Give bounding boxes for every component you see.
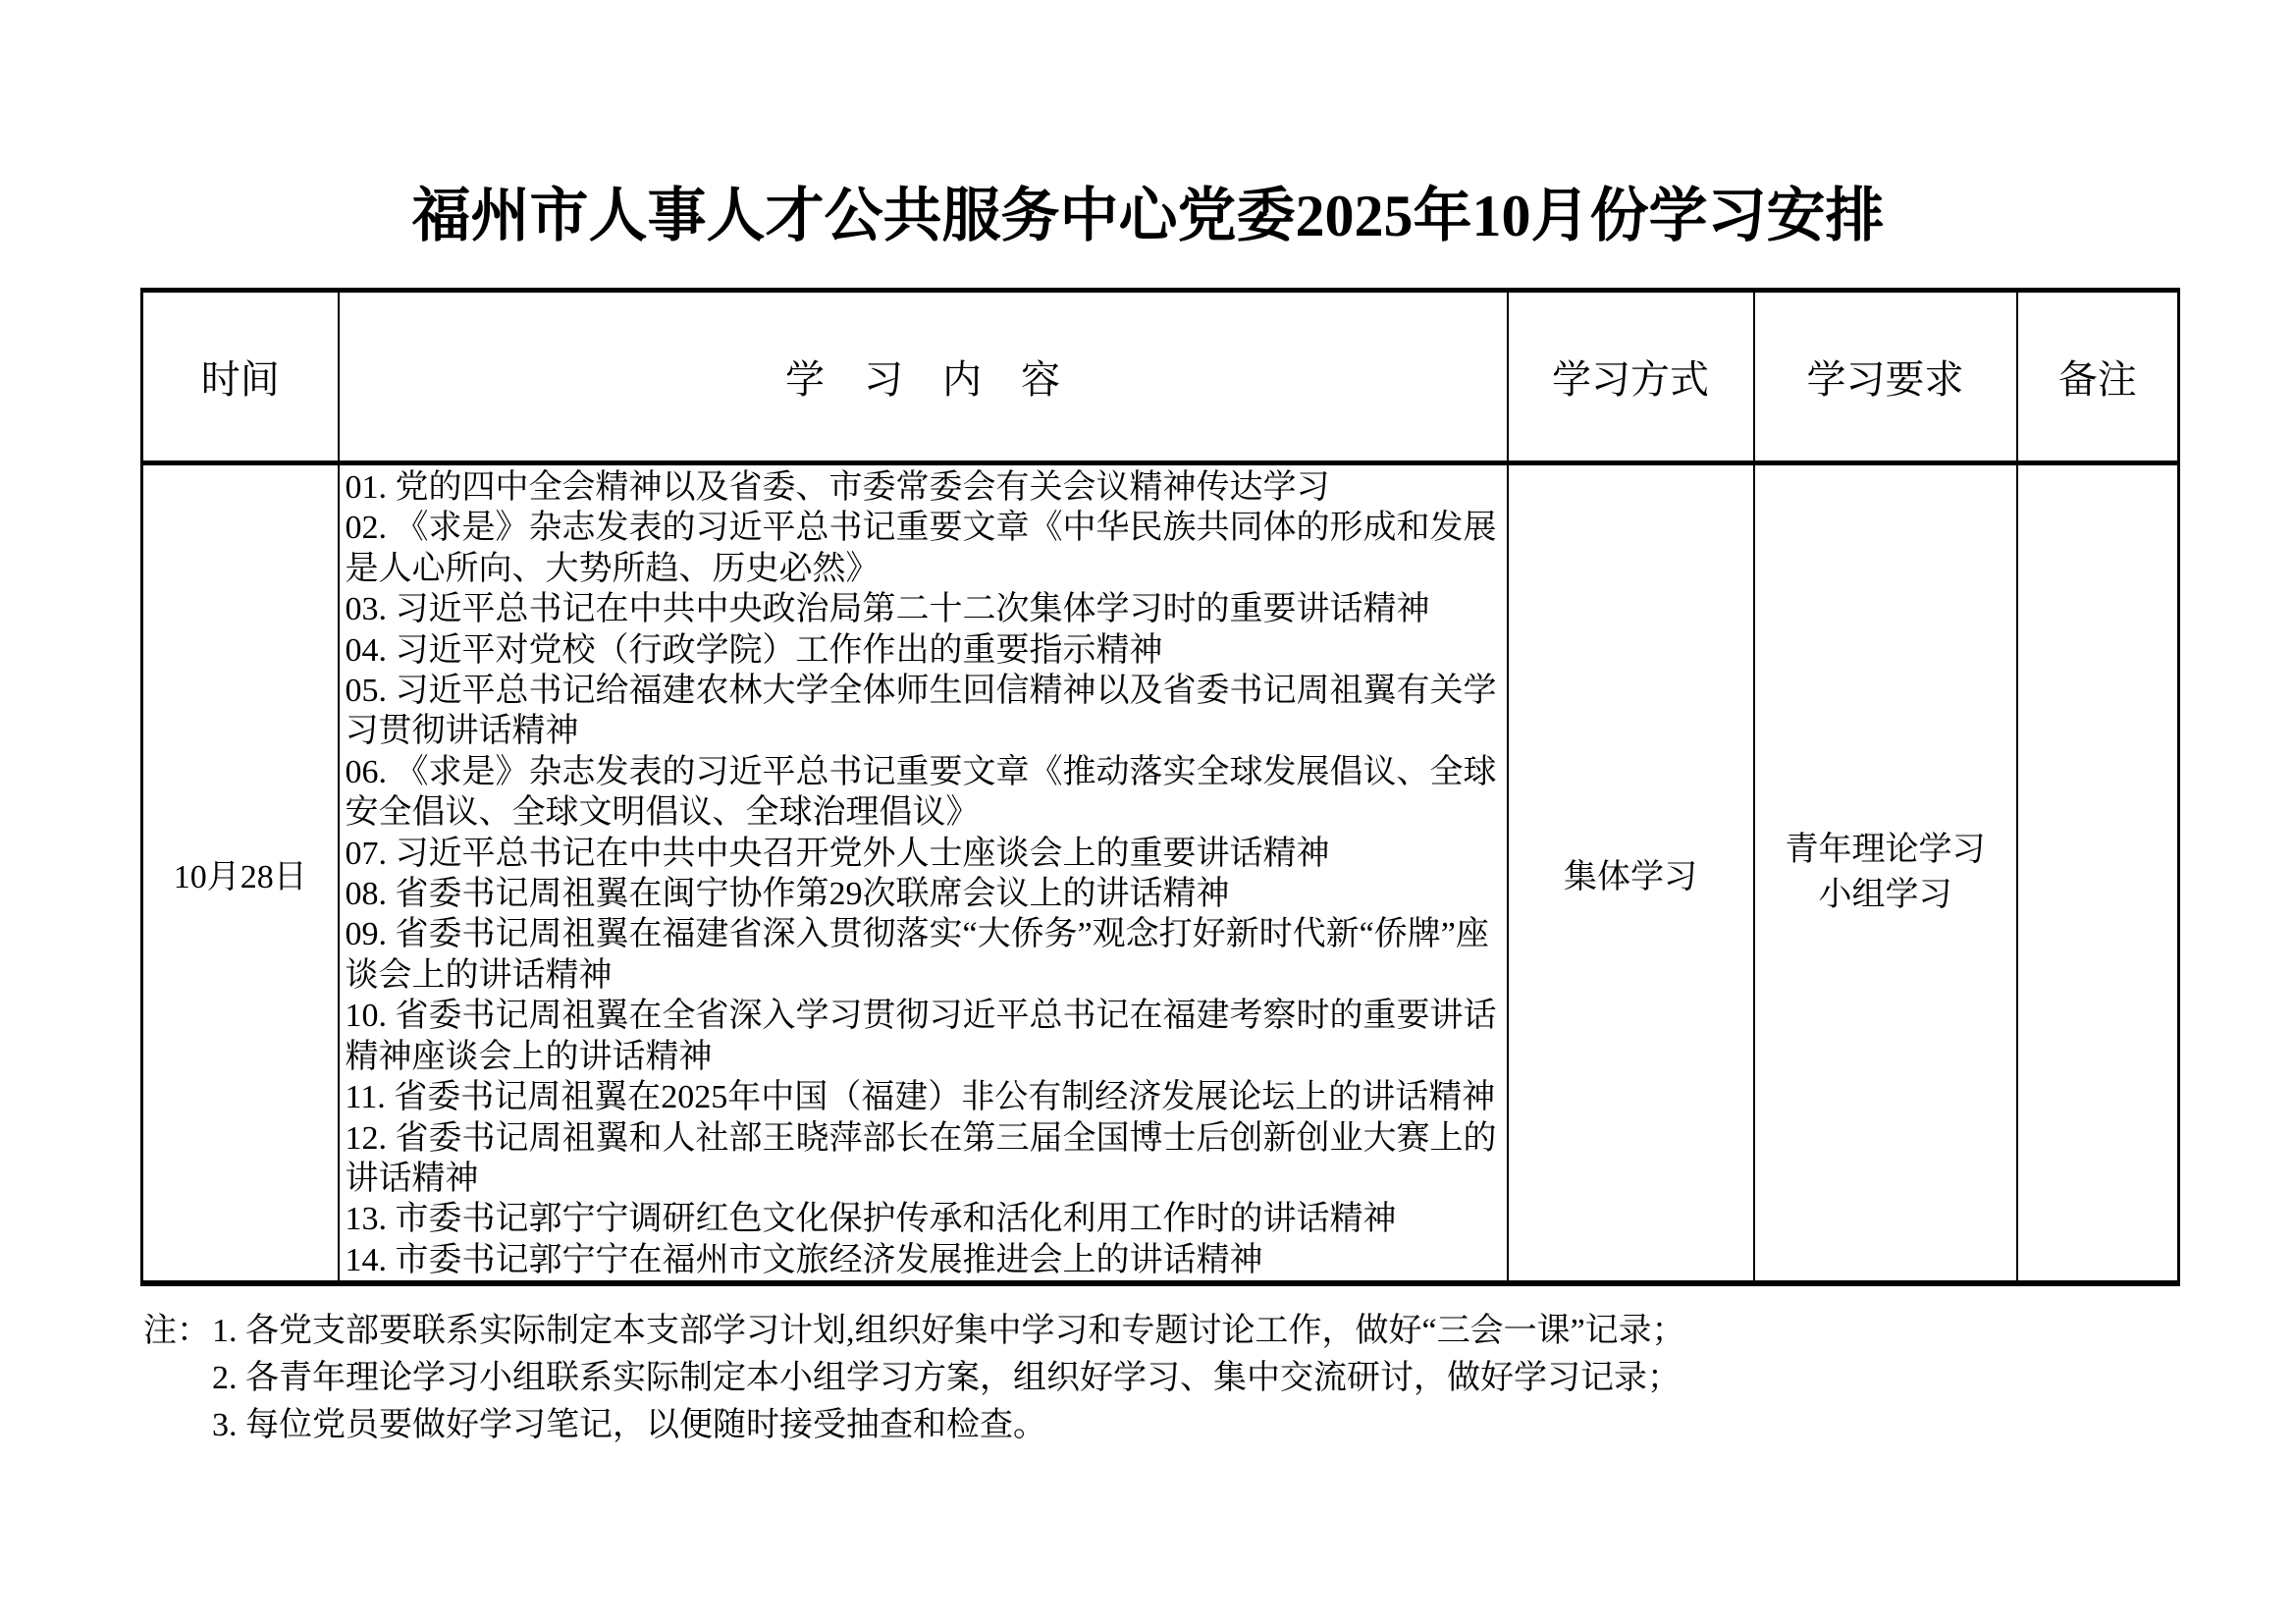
content-item: 05. 习近平总书记给福建农林大学全体师生回信精神以及省委书记周祖翼有关学习贯彻… [346,671,1501,752]
note-line: 3. 每位党员要做好学习笔记，以便随时接受抽查和检查。 [212,1402,1685,1449]
notes-section: 注： 1. 各党支部要联系实际制定本支部学习计划,组织好集中学习和专题讨论工作，… [143,1308,1685,1449]
content-item: 08. 省委书记周祖翼在闽宁协作第29次联席会议上的讲话精神 [346,874,1501,914]
content-item: 09. 省委书记周祖翼在福建省深入贯彻落实“大侨务”观念打好新时代新“侨牌”座谈… [346,914,1501,996]
content-item: 02. 《求是》杂志发表的习近平总书记重要文章《中华民族共同体的形成和发展是人心… [346,508,1501,589]
header-content: 学 习 内 容 [339,291,1508,463]
content-item: 12. 省委书记周祖翼和人社部王晓萍部长在第三届全国博士后创新创业大赛上的讲话精… [346,1118,1501,1200]
notes-prefix: 注： [143,1308,210,1355]
note-line: 2. 各青年理论学习小组联系实际制定本小组学习方案，组织好学习、集中交流研讨，做… [212,1355,1685,1402]
header-remark: 备注 [2017,291,2179,463]
content-list: 01. 党的四中全会精神以及省委、市委常委会有关会议精神传达学习02. 《求是》… [346,467,1501,1280]
content-item: 06. 《求是》杂志发表的习近平总书记重要文章《推动落实全球发展倡议、全球安全倡… [346,752,1501,834]
notes-list: 1. 各党支部要联系实际制定本支部学习计划,组织好集中学习和专题讨论工作，做好“… [212,1308,1685,1449]
requirement-line: 青年理论学习 [1755,828,2016,873]
content-item: 01. 党的四中全会精神以及省委、市委常委会有关会议精神传达学习 [346,467,1501,508]
schedule-table: 时间 学 习 内 容 学习方式 学习要求 备注 10月28日 01. 党的四中全… [140,288,2180,1286]
content-item: 07. 习近平总书记在中共中央召开党外人士座谈会上的重要讲话精神 [346,834,1501,874]
document-page: 福州市人事人才公共服务中心党委2025年10月份学习安排 时间 学 习 内 容 … [0,0,2296,1624]
note-line: 1. 各党支部要联系实际制定本支部学习计划,组织好集中学习和专题讨论工作，做好“… [212,1308,1685,1355]
content-item: 04. 习近平对党校（行政学院）工作作出的重要指示精神 [346,630,1501,671]
header-row: 时间 学 习 内 容 学习方式 学习要求 备注 [142,291,2179,463]
content-item: 14. 市委书记郭宁宁在福州市文旅经济发展推进会上的讲话精神 [346,1240,1501,1280]
content-item: 03. 习近平总书记在中共中央政治局第二十二次集体学习时的重要讲话精神 [346,589,1501,629]
content-item: 11. 省委书记周祖翼在2025年中国（福建）非公有制经济发展论坛上的讲话精神 [346,1077,1501,1117]
header-requirement: 学习要求 [1754,291,2017,463]
content-item: 10. 省委书记周祖翼在全省深入学习贯彻习近平总书记在福建考察时的重要讲话精神座… [346,996,1501,1077]
document-title: 福州市人事人才公共服务中心党委2025年10月份学习安排 [0,169,2296,253]
header-method: 学习方式 [1508,291,1754,463]
table-row: 10月28日 01. 党的四中全会精神以及省委、市委常委会有关会议精神传达学习0… [142,463,2179,1284]
header-time: 时间 [142,291,339,463]
content-cell: 01. 党的四中全会精神以及省委、市委常委会有关会议精神传达学习02. 《求是》… [339,463,1508,1284]
requirement-line: 小组学习 [1755,873,2016,918]
requirement-cell: 青年理论学习小组学习 [1754,463,2017,1284]
method-cell: 集体学习 [1508,463,1754,1284]
requirement-lines: 青年理论学习小组学习 [1755,828,2016,918]
time-cell: 10月28日 [142,463,339,1284]
content-item: 13. 市委书记郭宁宁调研红色文化保护传承和活化利用工作时的讲话精神 [346,1199,1501,1239]
remark-cell [2017,463,2179,1284]
